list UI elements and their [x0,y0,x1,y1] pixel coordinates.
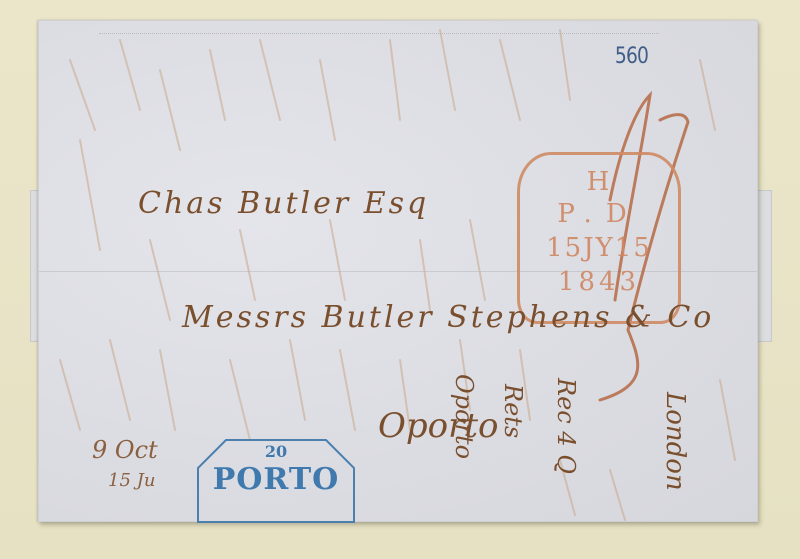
porto-stamp-name: PORTO [204,462,348,497]
docket-note-secondary: 15 Ju [108,470,155,491]
porto-stamp-day: 20 [198,442,354,461]
docket-note: 9 Oct [92,436,158,464]
paid-stamp-pd: P.D [520,199,678,229]
routing-note-rets: Rets [499,384,527,438]
routing-note-received: Rec 4 Q [552,378,580,474]
paid-stamp-year: 1843 [520,267,678,297]
paid-handstamp: H P.D 15JY15 1843 [517,152,681,324]
destination-city: Oporto [378,406,499,446]
routing-note-london: London [660,392,690,491]
porto-handstamp: 20 PORTO [198,440,354,522]
paid-stamp-letter: H [520,167,678,197]
catalog-number: 560 [615,44,648,69]
routing-note-oporto: Oporto [450,374,478,459]
addressee-name: Chas Butler Esq [138,186,429,221]
addressee-firm: Messrs Butler Stephens & Co [182,300,714,335]
paid-stamp-date: 15JY15 [520,233,678,263]
